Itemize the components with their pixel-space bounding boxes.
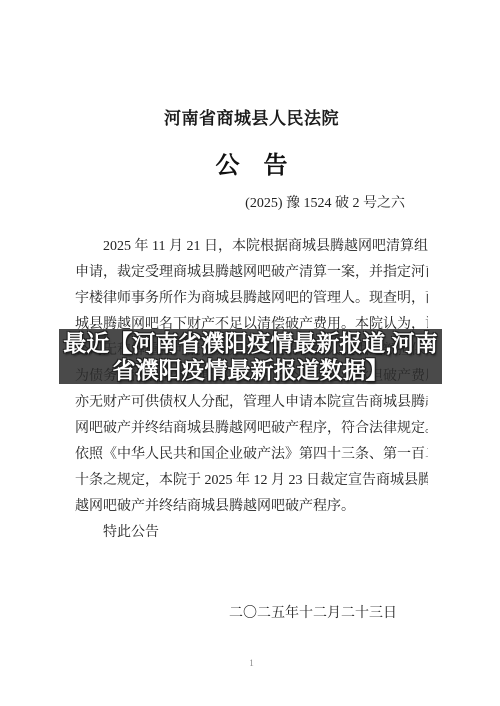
case-number: (2025) 豫 1524 破 2 号之六 xyxy=(75,192,428,212)
body-line: 网吧破产并终结商城县腾越网吧破产程序，符合法律规定。 xyxy=(75,416,428,442)
body-line: 宇楼律师事务所作为商城县腾越网吧的管理人。现查明，商 xyxy=(75,286,428,312)
body-line: 依照《中华人民共和国企业破产法》第四十三条、第一百二 xyxy=(75,442,428,468)
body-line: 2025 年 11 月 21 日，本院根据商城县腾越网吧清算组的 xyxy=(75,234,428,260)
body-line: 十条之规定，本院于 2025 年 12 月 23 日裁定宣告商城县腾 xyxy=(75,468,428,494)
page-number: 1 xyxy=(75,658,428,668)
overlay-text-line: 最近【河南省濮阳疫情最新报道,河南 xyxy=(63,330,437,357)
body-line: 申请，裁定受理商城县腾越网吧破产清算一案，并指定河南 xyxy=(75,260,428,286)
closing-line: 特此公告 xyxy=(75,520,428,546)
announcement-title: 公 告 xyxy=(75,145,428,180)
seo-spam-overlay-banner: 最近【河南省濮阳疫情最新报道,河南 省濮阳疫情最新报道数据】 xyxy=(59,329,442,384)
issue-date: 二〇二五年十二月二十三日 xyxy=(75,602,428,622)
body-line: 亦无财产可供债权人分配，管理人申请本院宣告商城县腾越 xyxy=(75,390,428,416)
announcement-body: 2025 年 11 月 21 日，本院根据商城县腾越网吧清算组的 申请，裁定受理… xyxy=(75,234,428,546)
overlay-text-line: 省濮阳疫情最新报道数据】 xyxy=(113,357,389,384)
court-announcement-screenshot: { "document": { "court": "河南省商城县人民法院", "… xyxy=(0,0,500,706)
body-line: 越网吧破产并终结商城县腾越网吧破产程序。 xyxy=(75,494,428,520)
court-name-heading: 河南省商城县人民法院 xyxy=(75,104,428,129)
